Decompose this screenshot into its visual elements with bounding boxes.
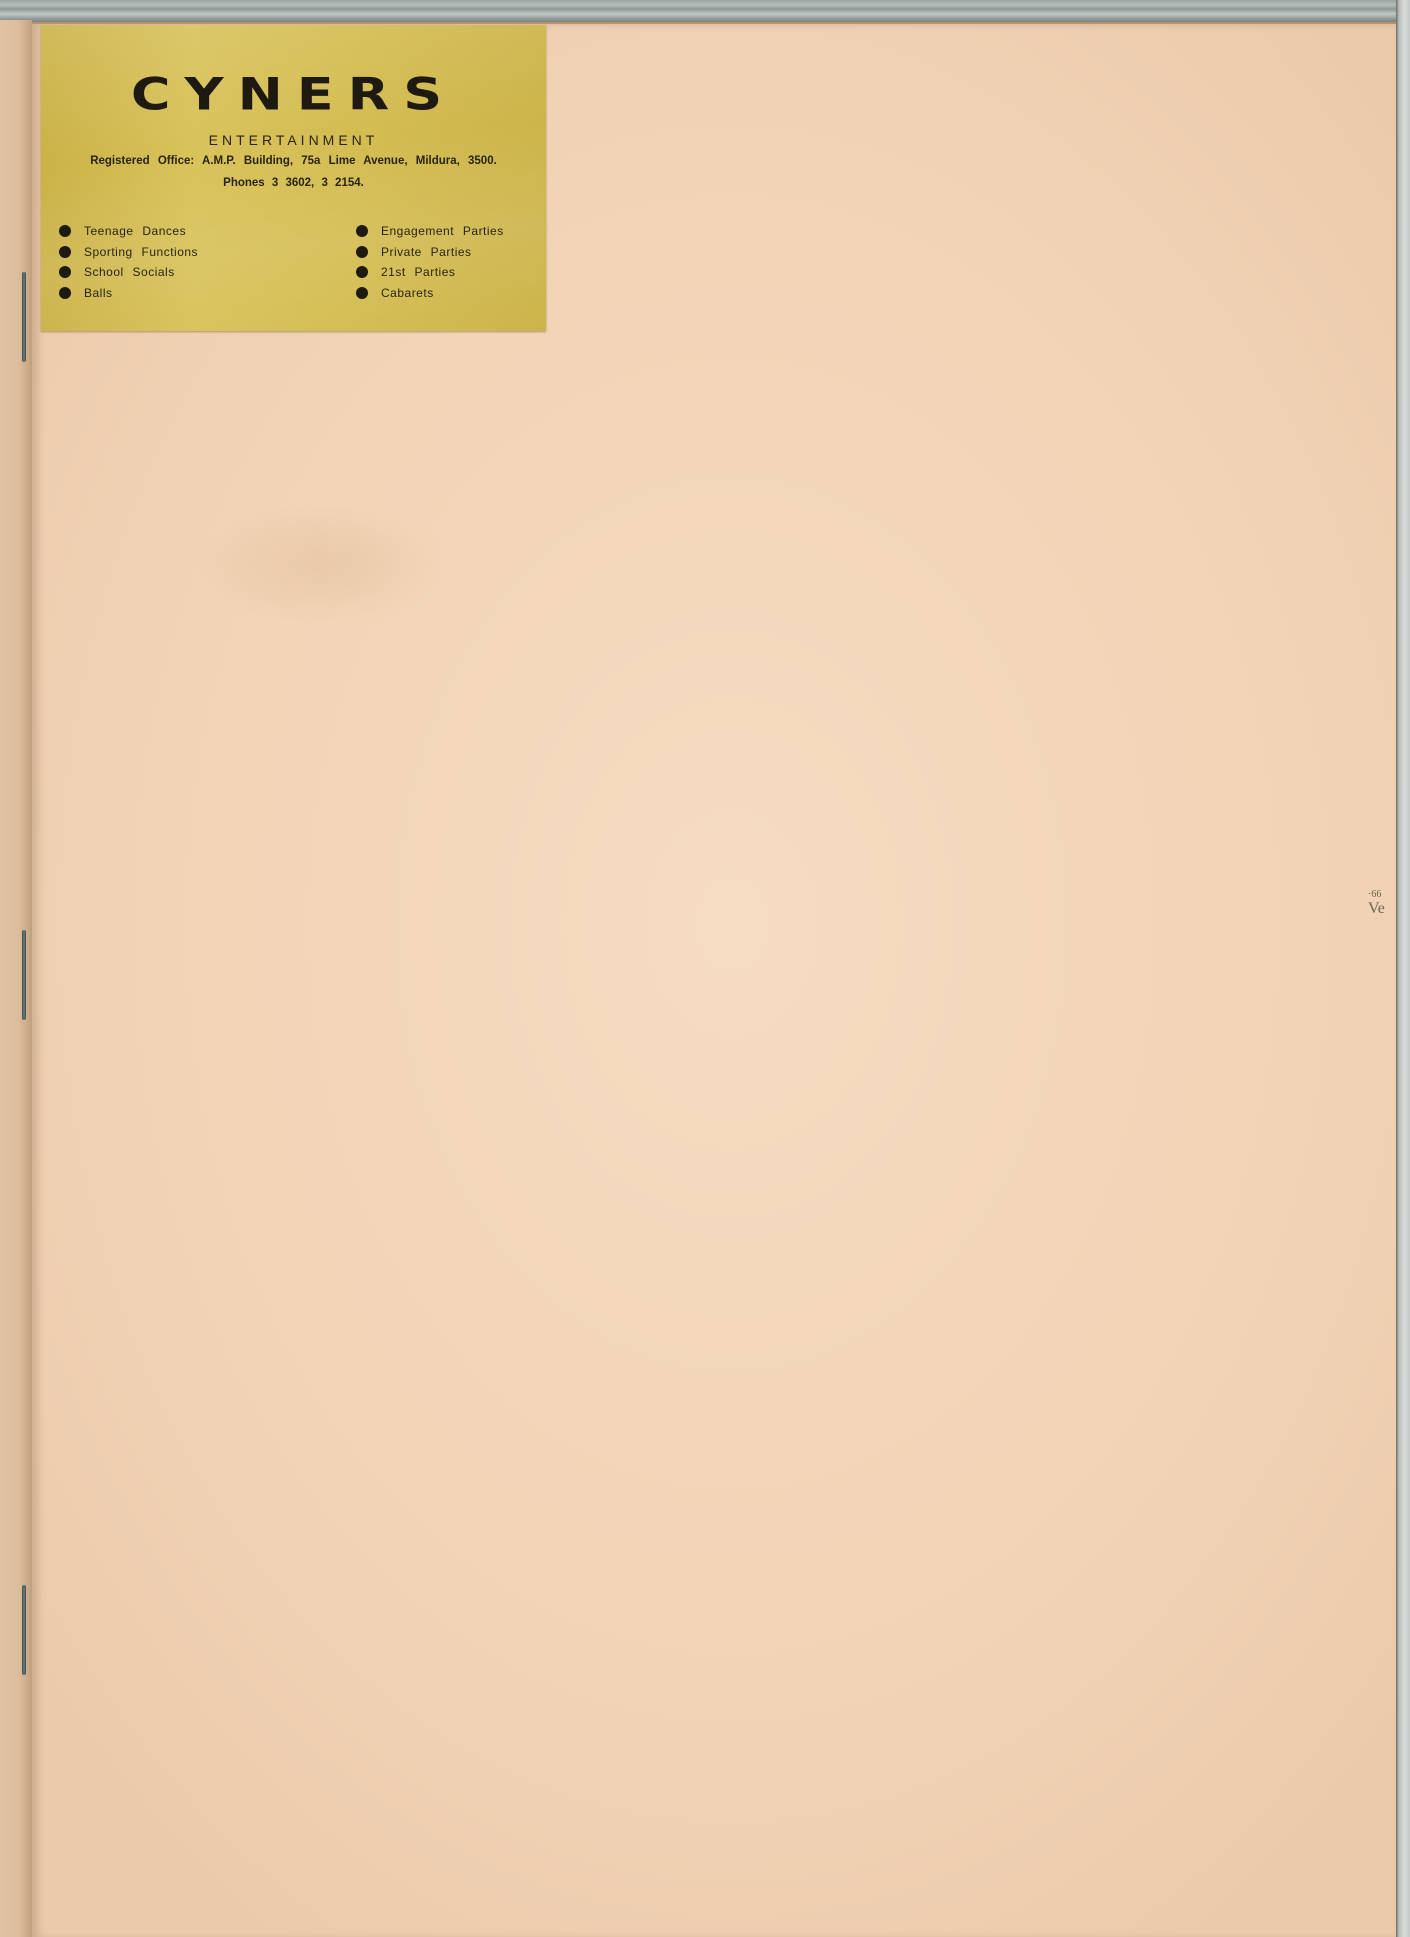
services-list-left: Teenage Dances Sporting Functions School… — [59, 221, 198, 303]
bullet-icon — [356, 246, 368, 258]
previous-page-edge — [0, 20, 32, 1937]
bullet-icon — [356, 266, 368, 278]
business-sticker: CYNERS ENTERTAINMENT Registered Office: … — [41, 25, 546, 331]
phone-numbers: Phones 3 3602, 3 2154. — [41, 177, 546, 189]
service-item: Teenage Dances — [59, 221, 198, 242]
staple-middle — [22, 930, 26, 1020]
bullet-icon — [356, 287, 368, 299]
company-subtitle: ENTERTAINMENT — [41, 132, 546, 148]
service-item: Cabarets — [356, 283, 504, 304]
service-item: Sporting Functions — [59, 242, 198, 263]
service-item: Balls — [59, 283, 198, 304]
scanner-right-edge — [1396, 0, 1410, 1937]
registered-office-address: Registered Office: A.M.P. Building, 75a … — [41, 155, 546, 167]
services-list-right: Engagement Parties Private Parties 21st … — [356, 221, 504, 303]
bleed-through-text: ·66 Ve — [1368, 888, 1385, 916]
bullet-icon — [59, 225, 71, 237]
company-logo: CYNERS — [61, 75, 526, 114]
bullet-icon — [59, 246, 71, 258]
staple-bottom — [22, 1585, 26, 1675]
service-item: Engagement Parties — [356, 221, 504, 242]
bullet-icon — [59, 266, 71, 278]
bullet-icon — [356, 225, 368, 237]
service-item: Private Parties — [356, 242, 504, 263]
staple-top — [22, 272, 26, 362]
service-item: 21st Parties — [356, 262, 504, 283]
service-item: School Socials — [59, 262, 198, 283]
bullet-icon — [59, 287, 71, 299]
